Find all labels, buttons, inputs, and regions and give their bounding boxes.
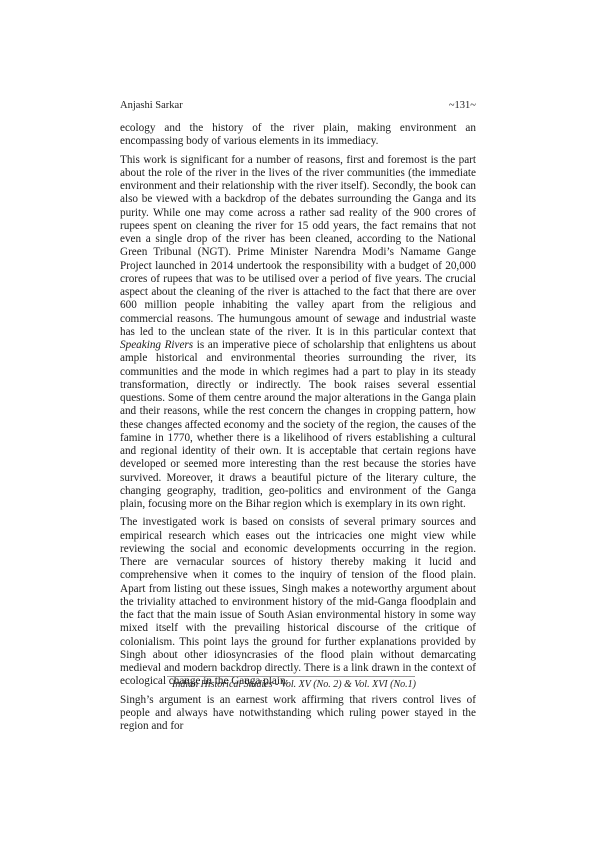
footer-divider — [167, 676, 415, 677]
paragraph-3: The investigated work is based on consis… — [120, 516, 476, 688]
paragraph-4: Singh’s argument is an earnest work affi… — [120, 694, 476, 734]
paragraph-1: ecology and the history of the river pla… — [120, 122, 476, 149]
paragraph-2: This work is significant for a number of… — [120, 154, 476, 512]
body-text: ecology and the history of the river pla… — [120, 122, 476, 738]
document-page: Anjashi Sarkar ~131~ ecology and the his… — [0, 0, 595, 841]
footer-journal-title: Indian Historical Studies - Vol. XV (No.… — [172, 679, 432, 690]
paragraph-2-part-2: is an imperative piece of scholarship th… — [120, 339, 476, 510]
paragraph-2-part-1: This work is significant for a number of… — [120, 154, 476, 338]
book-title: Speaking Rivers — [120, 339, 193, 351]
page-number: ~131~ — [449, 100, 476, 111]
header-author: Anjashi Sarkar — [120, 100, 183, 111]
running-header: Anjashi Sarkar ~131~ — [120, 100, 476, 114]
